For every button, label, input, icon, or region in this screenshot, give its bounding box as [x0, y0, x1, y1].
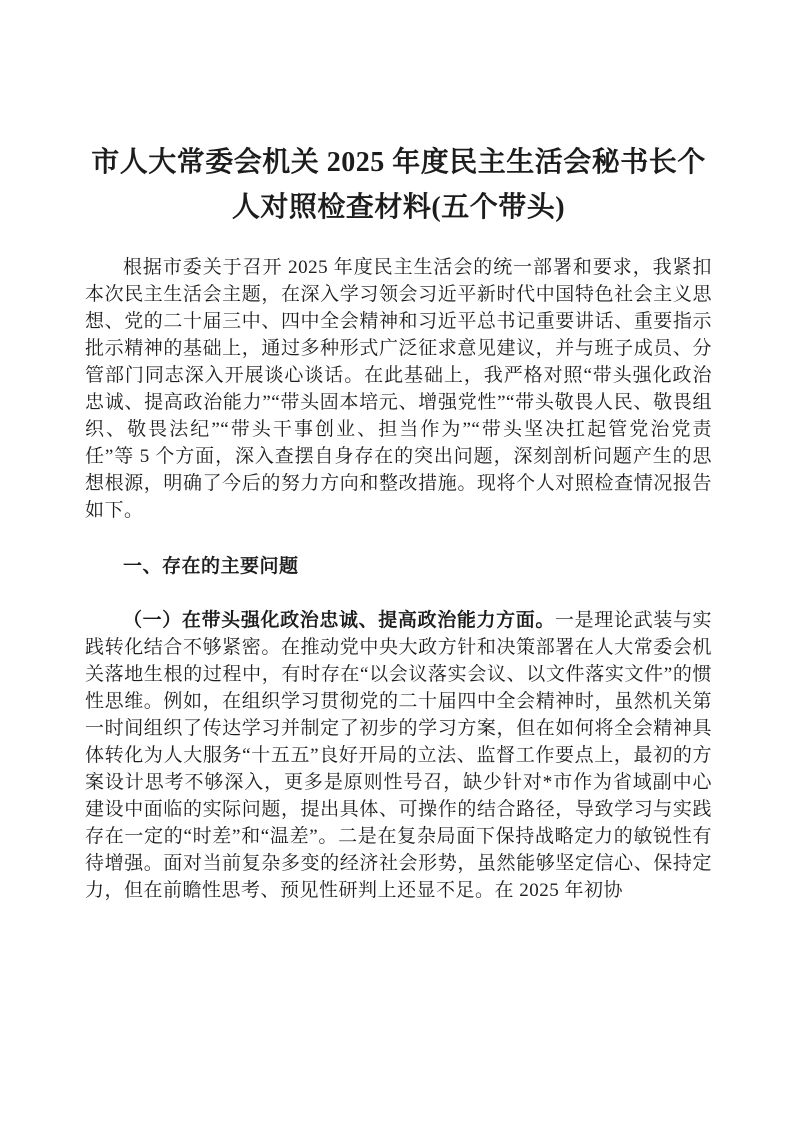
- document-title: 市人大常委会机关 2025 年度民主生活会秘书长个人对照检查材料(五个带头): [85, 140, 712, 230]
- intro-paragraph: 根据市委关于召开 2025 年度民主生活会的统一部署和要求，我紧扣本次民主生活会…: [85, 254, 712, 524]
- subsection-1-lead: （一）在带头强化政治忠诚、提高政治能力方面。: [123, 610, 555, 631]
- section-1-heading: 一、存在的主要问题: [85, 553, 712, 580]
- document-page: 市人大常委会机关 2025 年度民主生活会秘书长个人对照检查材料(五个带头) 根…: [0, 0, 793, 1121]
- subsection-1-body: 一是理论武装与实践转化结合不够紧密。在推动党中央大政方针和决策部署在人大常委会机…: [85, 610, 712, 901]
- subsection-1-paragraph: （一）在带头强化政治忠诚、提高政治能力方面。一是理论武装与实践转化结合不够紧密。…: [85, 607, 712, 904]
